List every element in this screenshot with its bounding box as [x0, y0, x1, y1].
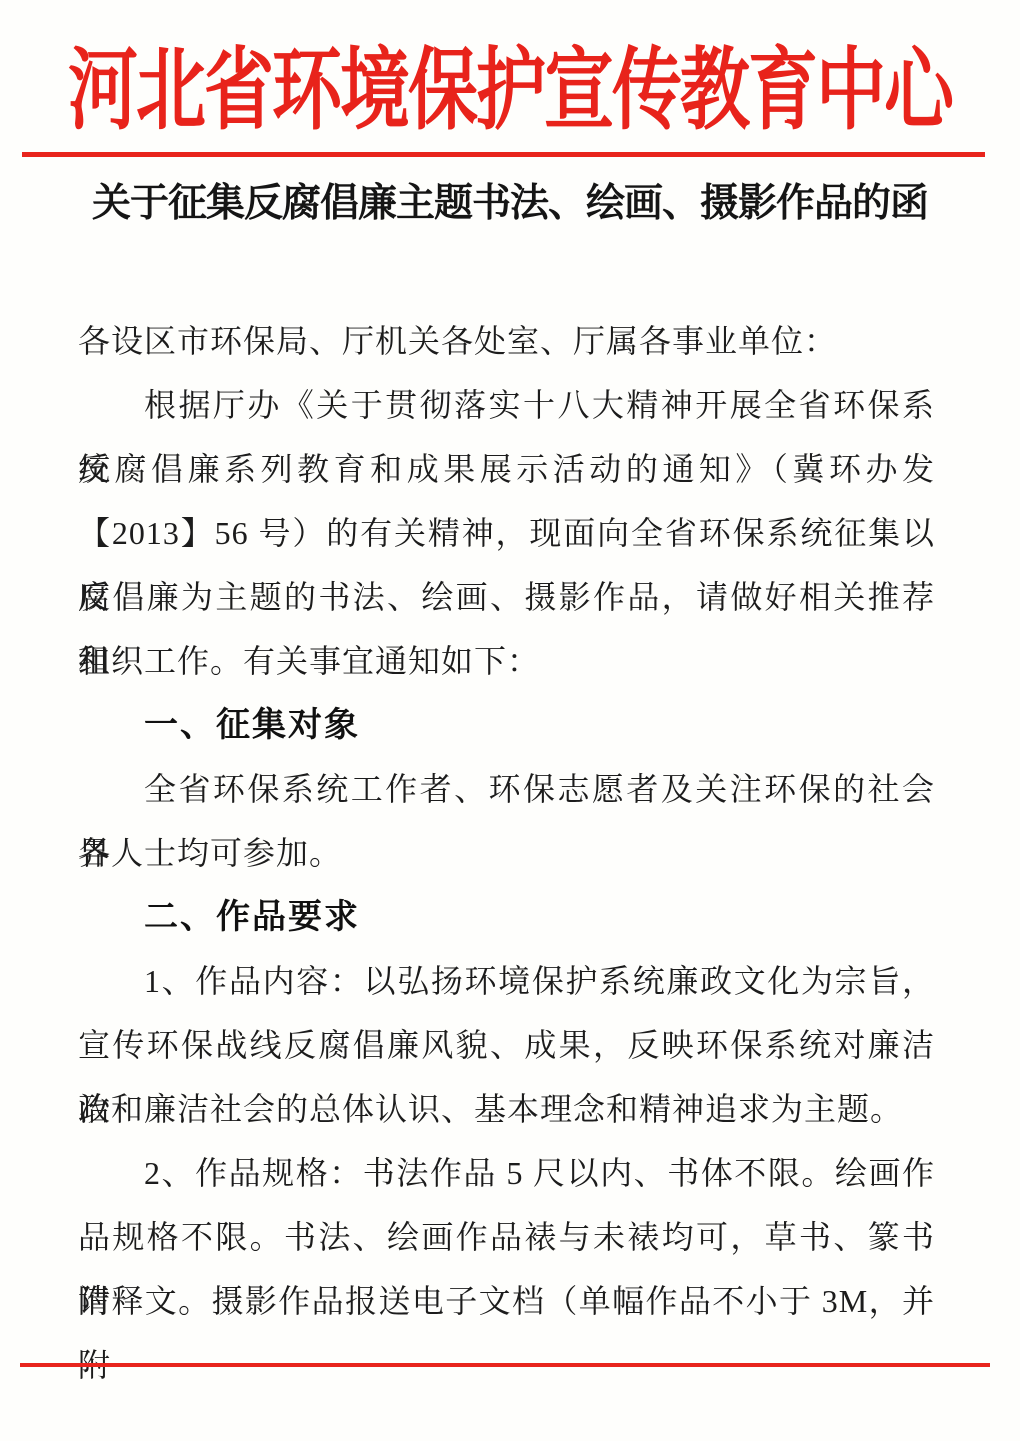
body-line: 2、作品规格：书法作品 5 尺以内、书体不限。绘画作 — [78, 1141, 935, 1205]
body-line: 品规格不限。书法、绘画作品裱与未裱均可，草书、篆书请 — [78, 1205, 935, 1269]
body-line: 治和廉洁社会的总体认识、基本理念和精神追求为主题。 — [78, 1077, 935, 1141]
body-line: 界人士均可参加。 — [78, 821, 935, 885]
body-line: 【2013】56 号）的有关精神，现面向全省环保系统征集以反 — [78, 501, 935, 565]
body-line: 根据厅办《关于贯彻落实十八大精神开展全省环保系统 — [78, 373, 935, 437]
body-line: 各设区市环保局、厅机关各处室、厅属各事业单位： — [78, 309, 935, 373]
body-line: 1、作品内容：以弘扬环境保护系统廉政文化为宗旨， — [78, 949, 935, 1013]
body-line: 全省环保系统工作者、环保志愿者及关注环保的社会各 — [78, 757, 935, 821]
document-title: 关于征集反腐倡廉主题书法、绘画、摄影作品的函 — [0, 178, 1020, 230]
body-line: 腐倡廉为主题的书法、绘画、摄影作品，请做好相关推荐和 — [78, 565, 935, 629]
document-page: 河北省环境保护宣传教育中心 关于征集反腐倡廉主题书法、绘画、摄影作品的函 各设区… — [0, 0, 1020, 1441]
letterhead-divider-line — [22, 152, 985, 157]
body-line: 附释文。摄影作品报送电子文档（单幅作品不小于 3M，并附 — [78, 1269, 935, 1333]
section-heading: 二、作品要求 — [78, 885, 935, 949]
body-line: 宣传环保战线反腐倡廉风貌、成果，反映环保系统对廉洁政 — [78, 1013, 935, 1077]
footer-divider-line — [20, 1363, 990, 1367]
body-line: 反腐倡廉系列教育和成果展示活动的通知》（冀环办发 — [78, 437, 935, 501]
body-line: 组织工作。有关事宜通知如下： — [78, 629, 935, 693]
section-heading: 一、征集对象 — [78, 693, 935, 757]
letterhead-org-name: 河北省环境保护宣传教育中心 — [0, 25, 1020, 161]
document-body: 各设区市环保局、厅机关各处室、厅属各事业单位：根据厅办《关于贯彻落实十八大精神开… — [78, 309, 935, 1333]
